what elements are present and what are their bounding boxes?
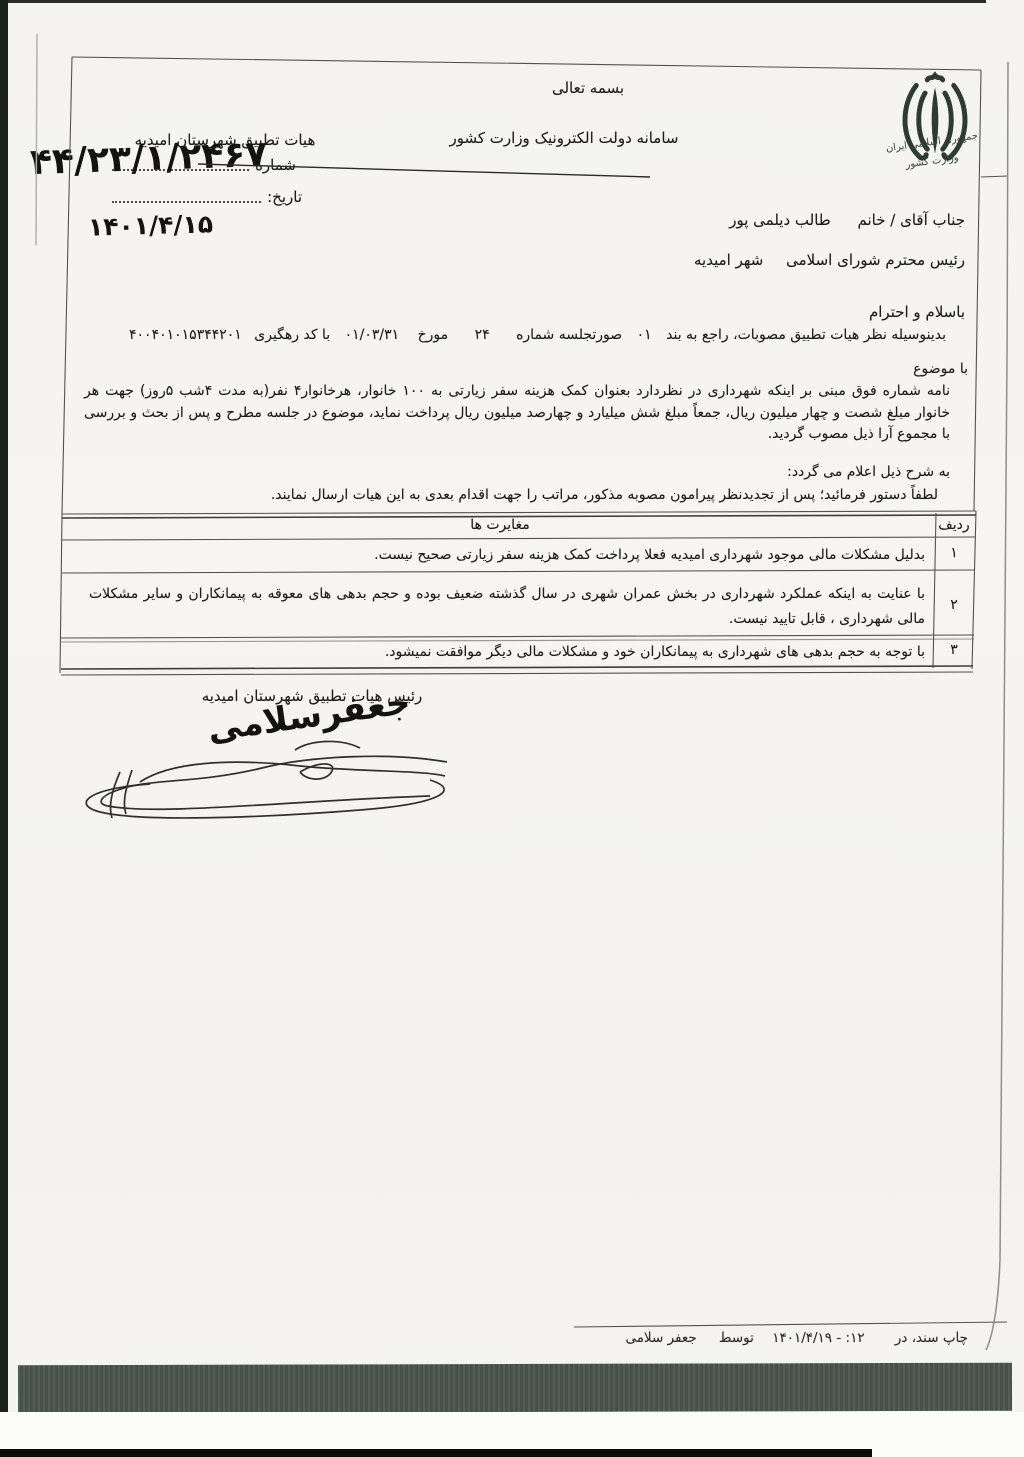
signature-scrawl <box>86 741 447 818</box>
scanned-letter-page: جمهوری اسلامی ایران وزارت کشور بسمه تعال… <box>0 0 1024 1457</box>
scan-bottom-band <box>18 1363 1012 1414</box>
frame-and-rule-lines <box>0 0 1024 1457</box>
paper-left-edge <box>36 34 37 245</box>
paper-right-edge <box>986 62 1008 1350</box>
scan-bottom-edge <box>0 1449 872 1457</box>
pen-strike-line <box>198 164 650 177</box>
